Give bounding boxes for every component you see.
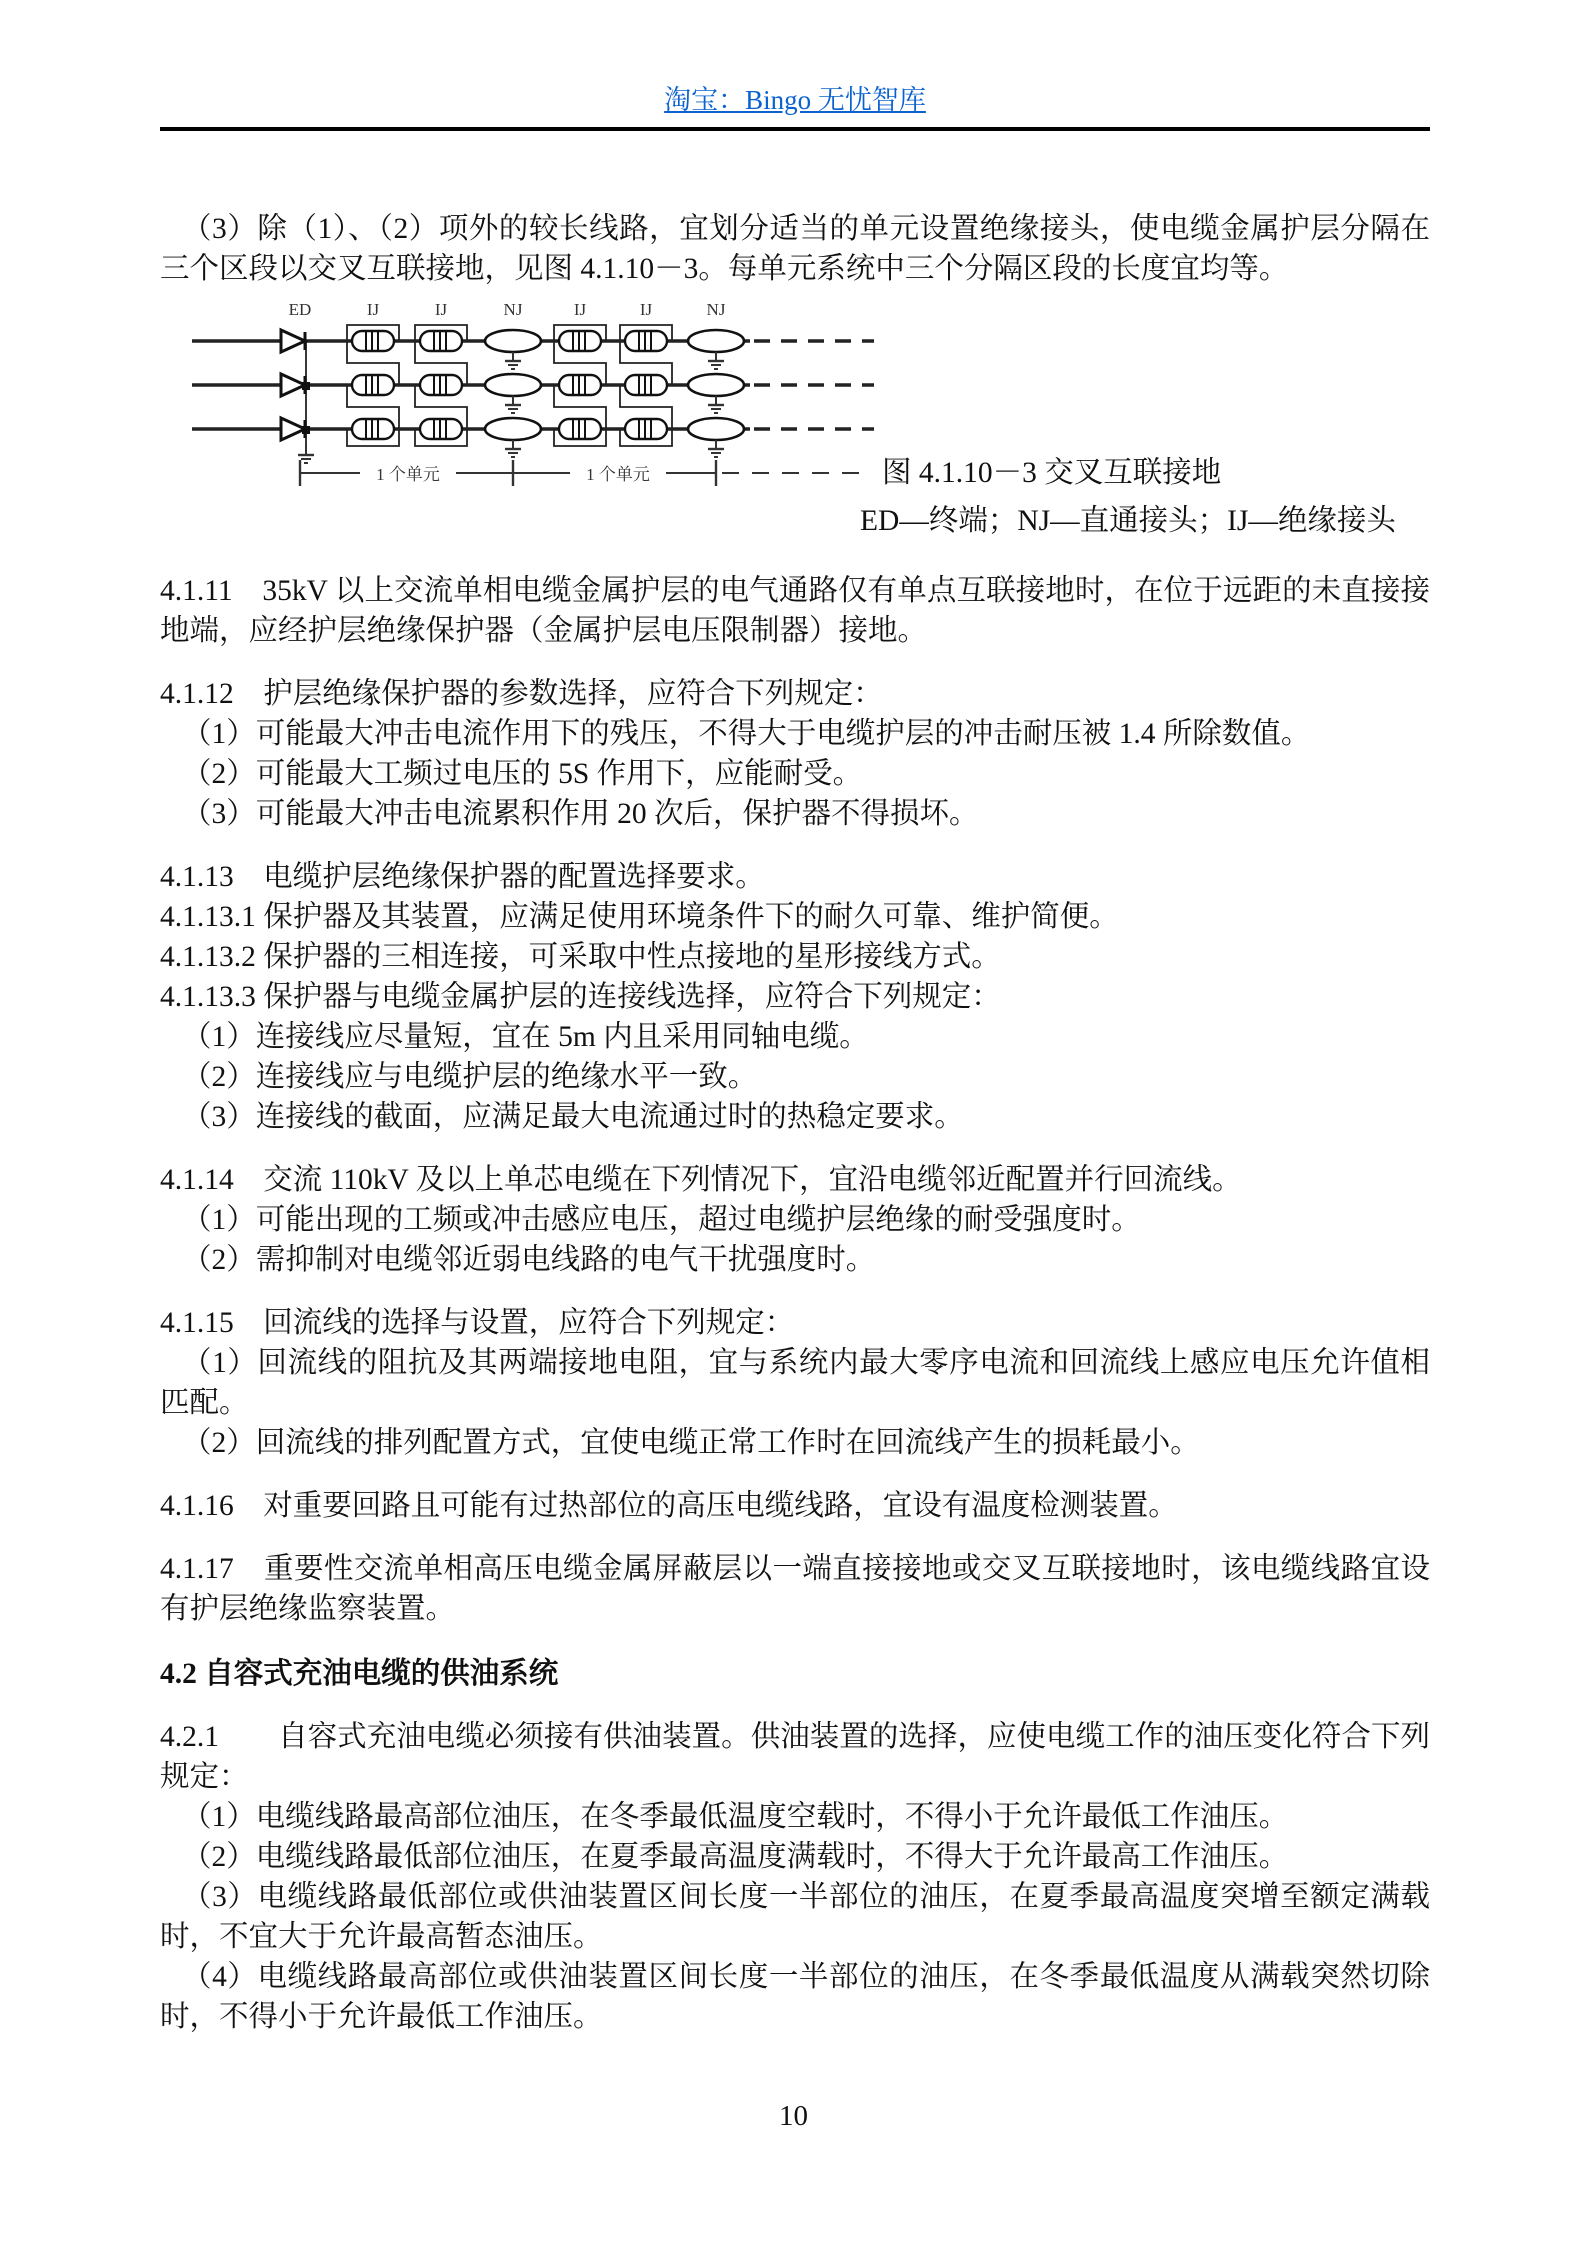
paragraph-4-1-13-3-item-1: （1）连接线应尽量短，宜在 5m 内且采用同轴电缆。 <box>160 1017 1430 1057</box>
label-nj2: NJ <box>707 300 726 319</box>
label-nj1: NJ <box>504 300 523 319</box>
label-ij3: IJ <box>574 300 587 319</box>
figure-caption: 图 4.1.10－3 交叉互联接地 <box>882 453 1221 495</box>
paragraph-4-1-13-2: 4.1.13.2 保护器的三相连接，可采取中性点接地的星形接线方式。 <box>160 937 1430 977</box>
paragraph-4-1-14: 4.1.14 交流 110kV 及以上单芯电缆在下列情况下，宜沿电缆邻近配置并行… <box>160 1160 1430 1200</box>
paragraph-4-1-12-item-3: （3）可能最大冲击电流累积作用 20 次后，保护器不得损坏。 <box>160 794 1430 834</box>
label-ij4: IJ <box>640 300 653 319</box>
taobao-brand-link[interactable]: 淘宝：Bingo 无忧智库 <box>664 85 926 115</box>
paragraph-4-1-11: 4.1.11 35kV 以上交流单相电缆金属护层的电气通路仅有单点互联接地时，在… <box>160 571 1430 651</box>
paragraph-4-1-16: 4.1.16 对重要回路且可能有过热部位的高压电缆线路，宜设有温度检测装置。 <box>160 1486 1430 1526</box>
heading-4-2: 4.2 自容式充油电缆的供油系统 <box>160 1654 1430 1694</box>
paragraph-4-1-12-item-2: （2）可能最大工频过电压的 5S 作用下，应能耐受。 <box>160 754 1430 794</box>
paragraph-4-1-14-item-2: （2）需抑制对电缆邻近弱电线路的电气干扰强度时。 <box>160 1240 1430 1280</box>
paragraph-4-2-1-item-4: （4）电缆线路最高部位或供油装置区间长度一半部位的油压，在冬季最低温度从满载突然… <box>160 1957 1430 2037</box>
figure-row: ED IJ IJ NJ IJ IJ NJ <box>188 299 1430 495</box>
paragraph-4-1-13-1: 4.1.13.1 保护器及其装置，应满足使用环境条件下的耐久可靠、维护简便。 <box>160 897 1430 937</box>
document-page: 淘宝：Bingo 无忧智库 （3）除（1）、（2）项外的较长线路，宜划分适当的单… <box>0 0 1587 2245</box>
dimension-line: 1 个单元 1 个单元 <box>300 459 860 486</box>
paragraph-4-2-1-item-2: （2）电缆线路最低部位油压，在夏季最高温度满载时，不得大于允许最高工作油压。 <box>160 1837 1430 1877</box>
paragraph-4-1-12-item-1: （1）可能最大冲击电流作用下的残压，不得大于电缆护层的冲击耐压被 1.4 所除数… <box>160 714 1430 754</box>
cross-bonding-diagram: ED IJ IJ NJ IJ IJ NJ <box>188 299 878 495</box>
paragraph-4-1-15: 4.1.15 回流线的选择与设置，应符合下列规定： <box>160 1303 1430 1343</box>
paragraph-4-1-15-item-2: （2）回流线的排列配置方式，宜使电缆正常工作时在回流线产生的损耗最小。 <box>160 1423 1430 1463</box>
paragraph-4-2-1: 4.2.1 自容式充油电缆必须接有供油装置。供油装置的选择，应使电缆工作的油压变… <box>160 1717 1430 1797</box>
page-content: 淘宝：Bingo 无忧智库 （3）除（1）、（2）项外的较长线路，宜划分适当的单… <box>0 0 1587 2037</box>
paragraph-4-2-1-item-3: （3）电缆线路最低部位或供油装置区间长度一半部位的油压，在夏季最高温度突增至额定… <box>160 1877 1430 1957</box>
label-ij1: IJ <box>367 300 380 319</box>
paragraph-4-1-13-3-item-3: （3）连接线的截面，应满足最大电流通过时的热稳定要求。 <box>160 1097 1430 1137</box>
paragraph-4-1-17: 4.1.17 重要性交流单相高压电缆金属屏蔽层以一端直接接地或交叉互联接地时，该… <box>160 1549 1430 1629</box>
paragraph-4-1-15-item-1: （1）回流线的阻抗及其两端接地电阻，宜与系统内最大零序电流和回流线上感应电压允许… <box>160 1343 1430 1423</box>
figure-4-1-10-3: ED IJ IJ NJ IJ IJ NJ <box>188 299 1430 541</box>
paragraph-4-1-13-3: 4.1.13.3 保护器与电缆金属护层的连接线选择，应符合下列规定： <box>160 977 1430 1017</box>
page-number: 10 <box>0 2100 1587 2133</box>
paragraph-4-2-1-item-1: （1）电缆线路最高部位油压，在冬季最低温度空载时，不得小于允许最低工作油压。 <box>160 1797 1430 1837</box>
paragraph-item-3: （3）除（1）、（2）项外的较长线路，宜划分适当的单元设置绝缘接头，使电缆金属护… <box>160 209 1430 289</box>
unit-span-2: 1 个单元 <box>586 465 650 484</box>
label-ij2: IJ <box>435 300 448 319</box>
paragraph-4-1-12: 4.1.12 护层绝缘保护器的参数选择，应符合下列规定： <box>160 674 1430 714</box>
unit-span-1: 1 个单元 <box>376 465 440 484</box>
header-divider <box>160 127 1430 131</box>
figure-legend: ED—终端；NJ—直通接头；IJ—绝缘接头 <box>860 501 1430 541</box>
terminal-column <box>281 330 314 463</box>
label-ed: ED <box>289 300 312 319</box>
paragraph-4-1-14-item-1: （1）可能出现的工频或冲击感应电压，超过电缆护层绝缘的耐受强度时。 <box>160 1200 1430 1240</box>
joint-labels: ED IJ IJ NJ IJ IJ NJ <box>289 300 726 319</box>
paragraph-4-1-13: 4.1.13 电缆护层绝缘保护器的配置选择要求。 <box>160 857 1430 897</box>
page-header: 淘宝：Bingo 无忧智库 <box>160 78 1430 117</box>
paragraph-4-1-13-3-item-2: （2）连接线应与电缆护层的绝缘水平一致。 <box>160 1057 1430 1097</box>
